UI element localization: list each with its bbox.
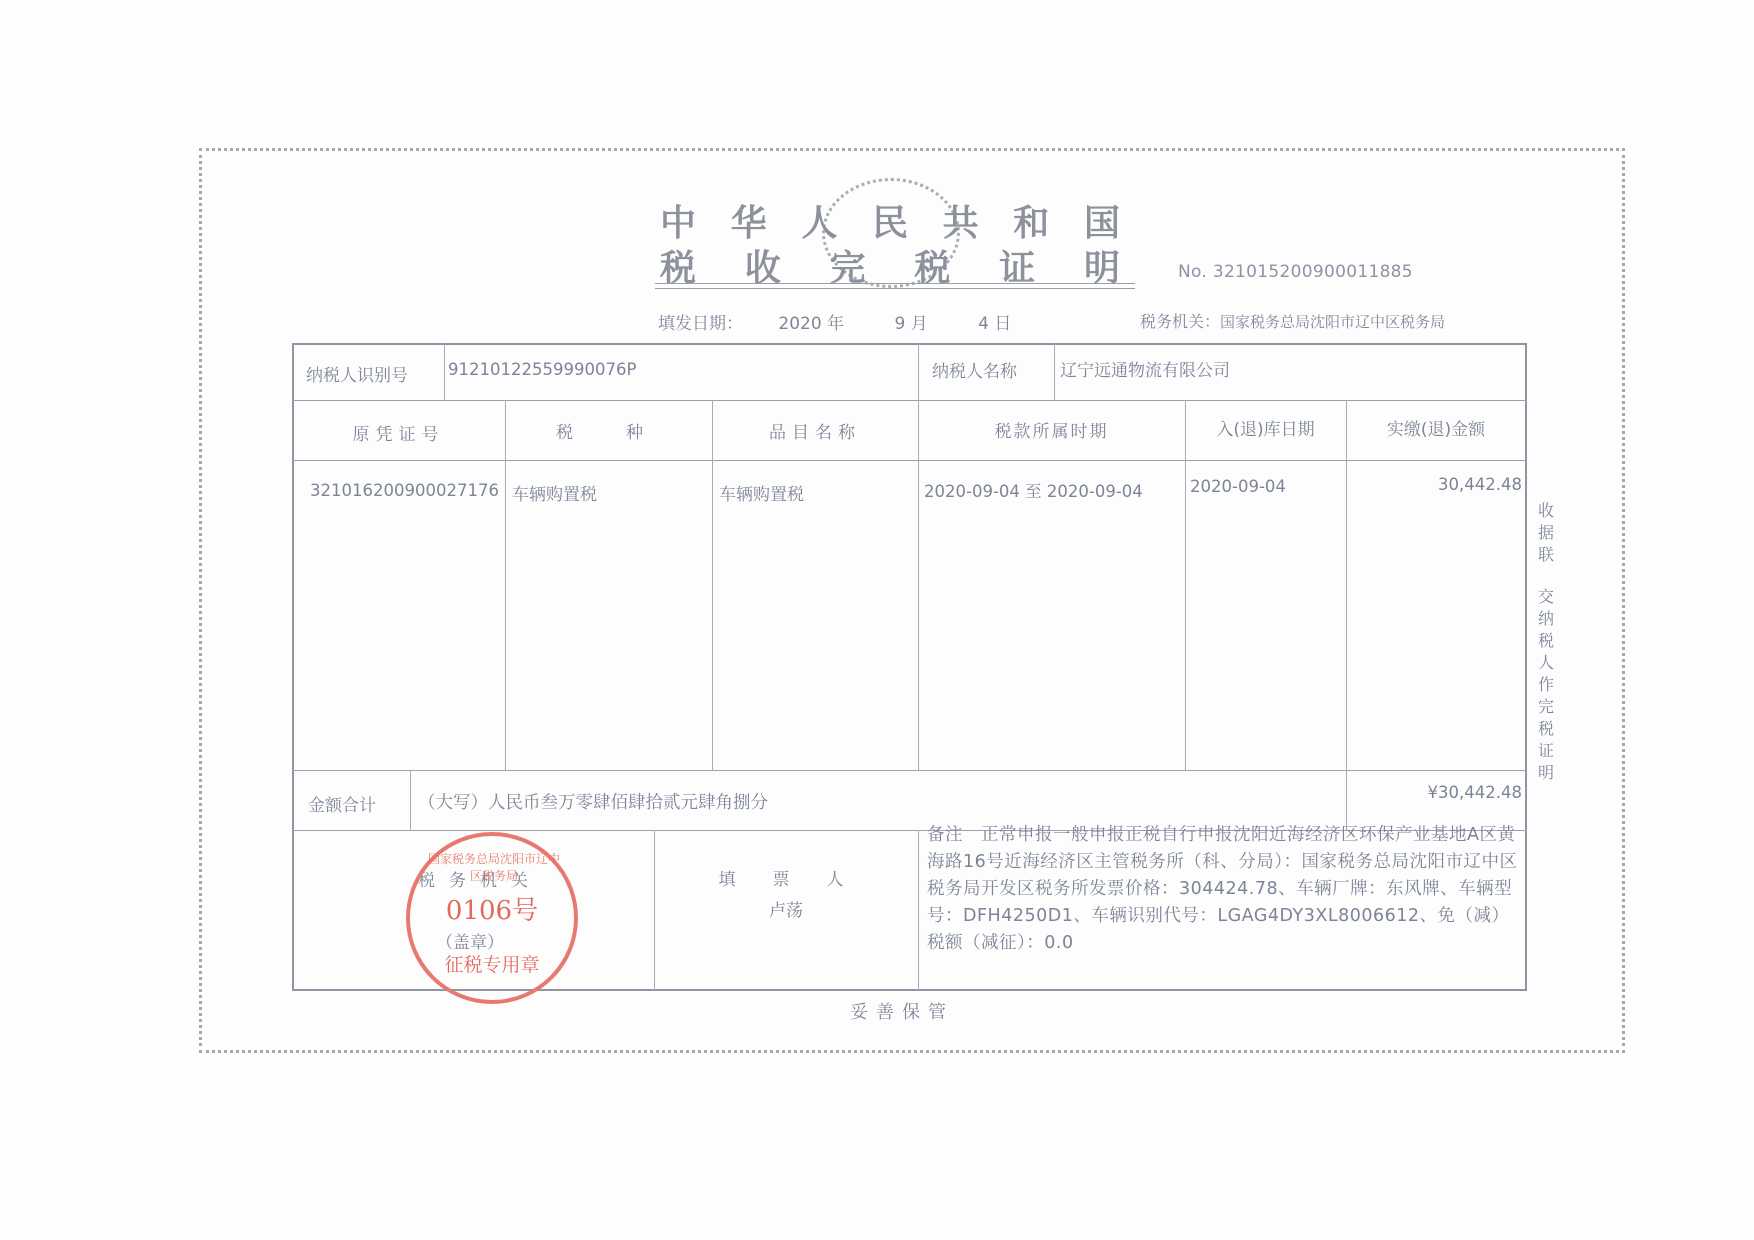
col-divider <box>1346 400 1347 830</box>
fill-date-year: 2020 年 <box>778 309 844 334</box>
row-voucher-no: 321016200900027176 <box>310 481 499 500</box>
fill-date-month: 9 月 <box>894 309 927 334</box>
header-storage-date: 入(退)库日期 <box>1185 415 1346 440</box>
row-tax-period: 2020-09-04 至 2020-09-04 <box>924 478 1143 502</box>
stamp-ring-text: 国家税务总局沈阳市辽中区税务局 <box>424 850 564 884</box>
title-underline <box>655 283 1135 289</box>
header-tax-type: 税 种 <box>505 418 712 443</box>
title-char: 国 <box>1084 195 1120 246</box>
col-divider <box>444 343 445 400</box>
taxpayer-name-value: 辽宁远通物流有限公司 <box>1060 356 1230 381</box>
header-voucher-no: 原凭证号 <box>292 420 505 445</box>
col-divider <box>918 400 919 770</box>
remarks-text: 备注 正常申报一般申报正税自行申报沈阳近海经济区环保产业基地A区黄海路16号近海… <box>927 822 1527 957</box>
title-char: 民 <box>872 195 908 246</box>
total-amount-in-words: （大写）人民币叁万零肆佰肆拾贰元肆角捌分 <box>418 789 768 814</box>
tax-authority: 税务机关：国家税务总局沈阳市辽中区税务局 <box>1140 309 1445 332</box>
row-divider <box>292 400 1527 401</box>
stamp-number: 0106号 <box>410 890 574 927</box>
row-storage-date: 2020-09-04 <box>1190 477 1286 496</box>
fill-date-day: 4 日 <box>978 309 1011 334</box>
col-divider <box>1054 343 1055 400</box>
header-item-name: 品目名称 <box>712 418 918 443</box>
tax-authority-label: 税务机关： <box>1140 312 1220 331</box>
header-amount: 实缴(退)金额 <box>1346 415 1526 440</box>
side-copy-name: 收据联 <box>1535 500 1557 566</box>
title-char: 和 <box>1013 195 1049 246</box>
serial-number: No. 321015200900011885 <box>1178 262 1413 282</box>
col-divider <box>1185 400 1186 770</box>
title-char: 共 <box>943 195 979 246</box>
col-divider <box>918 830 919 990</box>
title-char: 中 <box>660 195 696 246</box>
row-item-name: 车辆购置税 <box>719 480 804 505</box>
side-copy-note: 收据联 交纳税人作完税证明 <box>1535 500 1557 784</box>
official-tax-stamp: 0106号 征税专用章 国家税务总局沈阳市辽中区税务局 <box>406 832 578 1004</box>
issuer-label: 填 票 人 <box>654 865 918 890</box>
col-divider <box>505 400 506 770</box>
title-char: 人 <box>801 195 837 246</box>
fill-date-label: 填发日期： <box>658 309 743 334</box>
title-char: 华 <box>731 195 767 246</box>
total-label: 金额合计 <box>308 791 376 816</box>
fill-date: 填发日期： 2020 年 9 月 4 日 <box>658 309 1011 334</box>
header-tax-period: 税款所属时期 <box>918 417 1185 442</box>
col-divider <box>918 343 919 400</box>
title-line-1: 中 华 人 民 共 和 国 <box>660 195 1120 246</box>
total-amount: ¥30,442.48 <box>1346 783 1522 802</box>
row-tax-type: 车辆购置税 <box>512 480 597 505</box>
stamp-bottom-text: 征税专用章 <box>410 950 574 977</box>
col-divider <box>712 400 713 770</box>
row-divider <box>292 770 1527 771</box>
taxpayer-id-label: 纳税人识别号 <box>306 361 408 386</box>
row-amount: 30,442.48 <box>1346 475 1522 494</box>
footer-keep-safe: 妥善保管 <box>850 998 954 1024</box>
side-copy-purpose: 交纳税人作完税证明 <box>1535 586 1557 784</box>
taxpayer-id-value: 91210122559990076P <box>448 360 636 379</box>
row-divider <box>292 460 1527 461</box>
issuer-name: 卢荡 <box>654 896 918 921</box>
taxpayer-name-label: 纳税人名称 <box>932 357 1017 382</box>
tax-authority-value: 国家税务总局沈阳市辽中区税务局 <box>1220 313 1445 331</box>
col-divider <box>410 770 411 830</box>
